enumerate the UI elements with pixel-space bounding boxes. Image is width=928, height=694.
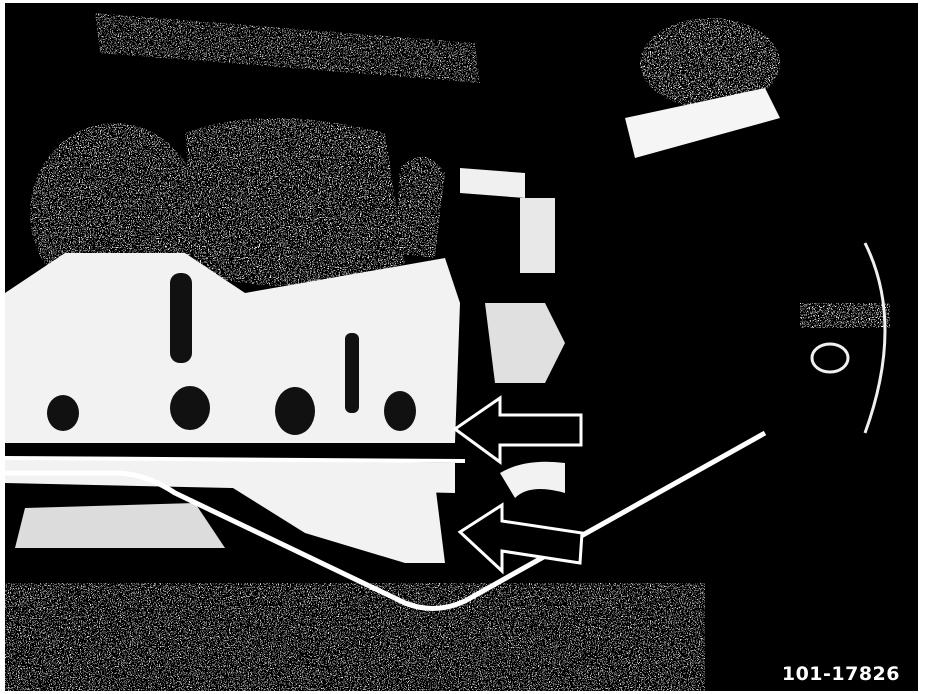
photo-illustration [5,3,918,691]
flywheel-ring [865,243,885,433]
upper-arrow [455,398,581,462]
upper-bracket [95,13,480,83]
figure-number: 101-17826 [782,663,900,685]
lower-arrow [460,505,582,571]
engine-photo: 101-17826 [5,3,918,691]
ground [5,583,705,691]
